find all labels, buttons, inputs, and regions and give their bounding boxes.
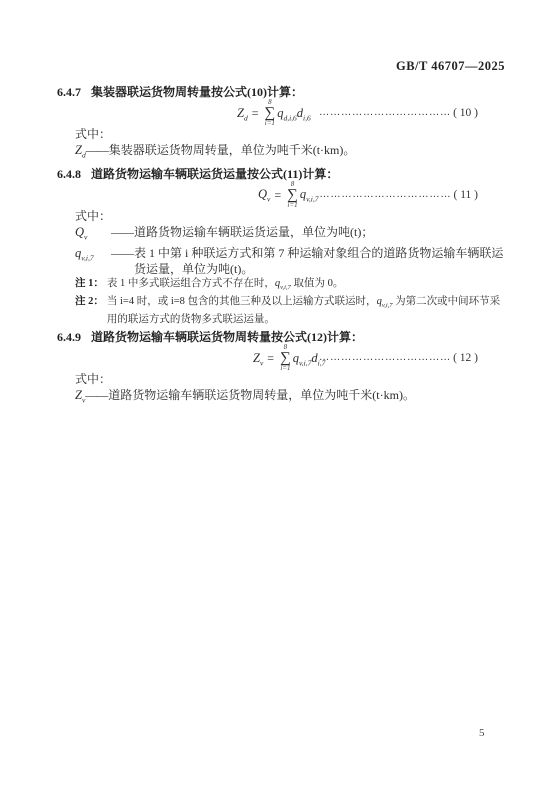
section-number: 6.4.9 [57, 329, 81, 345]
definition-text: 集装器联运货物周转量，单位为吨千米(t·km)。 [109, 142, 505, 158]
note-1: 注 1： 表 1 中多式联运组合方式不存在时，qv,i,7 取值为 0。 [75, 277, 505, 295]
formula-row-12: Zv = 8 ∑ i=1 qv,i,7 di,7 ………………………………( 1… [57, 346, 505, 370]
equation-number: ( 10 ) [453, 107, 478, 119]
summation-symbol: 8 ∑ i=1 [287, 180, 298, 208]
equation-reference: ………………………………( 11 ) [320, 187, 478, 203]
eq-term-1: qd,i,6 [277, 105, 297, 122]
definition-line: Zd —— 集装器联运货物周转量，单位为吨千米(t·km)。 [75, 142, 505, 164]
definition-line: Qv —— 道路货物运输车辆联运货运量，单位为吨(t)； [75, 224, 505, 246]
eq-lhs: Zv [253, 350, 263, 367]
equation-12: Zv = 8 ∑ i=1 qv,i,7 di,7 [253, 344, 325, 372]
definition-text: 道路货物运输车辆联运货运量，单位为吨(t)； [134, 224, 505, 240]
dotted-leader: ……………………………… [319, 352, 451, 363]
equals-sign: = [274, 187, 281, 203]
note-inline-symbol: qv,i,7 [377, 296, 393, 307]
definition-dash: —— [86, 142, 108, 158]
eq-lhs: Zd [237, 105, 248, 122]
page-number: 5 [479, 727, 485, 739]
definition-text: 道路货物运输车辆联运货物周转量，单位为吨千米(t·km)。 [108, 387, 505, 403]
definition-text: 表 1 中第 i 种联运方式和第 7 种运输对象组合的道路货物运输车辆联运货运量… [134, 245, 505, 277]
formula-row-11: Qv = 8 ∑ i=1 qv,i,7 ………………………………( 11 ) [57, 183, 505, 207]
dotted-leader: ……………………………… [320, 189, 452, 200]
definition-symbol: Zv [75, 387, 85, 409]
section-title: 道路货物运输车辆联运货物周转量按公式(12)计算： [91, 330, 363, 344]
definition-dash: —— [111, 245, 133, 261]
note-label: 注 2： [75, 295, 104, 309]
equation-11: Qv = 8 ∑ i=1 qv,i,7 [258, 180, 318, 208]
eq-term-1: qv,i,7 [293, 350, 312, 367]
section-number: 6.4.7 [57, 84, 81, 100]
eq-term-2: di,6 [297, 105, 311, 122]
note-text: 当 i=4 时，或 i=8 包含的其他三种及以上运输方式联运时，qv,i,7 为… [107, 295, 505, 327]
summation-symbol: 8 ∑ i=1 [264, 99, 275, 127]
standard-document-page: GB/T 46707—2025 6.4.7集装器联运货物周转量按公式(10)计算… [0, 0, 552, 789]
page-content: 6.4.7集装器联运货物周转量按公式(10)计算： Zd = 8 ∑ i=1 q… [57, 84, 505, 409]
definition-symbol: qv,i,7 [75, 245, 111, 267]
definition-symbol: Qv [75, 224, 111, 246]
equals-sign: = [252, 105, 259, 121]
definition-line: Zv —— 道路货物运输车辆联运货物周转量，单位为吨千米(t·km)。 [75, 387, 505, 409]
section-title: 道路货物运输车辆联运货运量按公式(11)计算： [91, 167, 338, 181]
summation-symbol: 8 ∑ i=1 [280, 344, 291, 372]
section-heading-647: 6.4.7集装器联运货物周转量按公式(10)计算： [57, 84, 505, 100]
note-label: 注 1： [75, 277, 104, 291]
equation-reference: ………………………………( 12 ) [319, 350, 478, 366]
equation-reference: ………………………………( 10 ) [319, 105, 478, 121]
definition-symbol: Zd [75, 142, 86, 164]
section-heading-648: 6.4.8道路货物运输车辆联运货运量按公式(11)计算： [57, 166, 505, 182]
note-2: 注 2： 当 i=4 时，或 i=8 包含的其他三种及以上运输方式联运时，qv,… [75, 295, 505, 327]
where-label: 式中： [75, 126, 505, 142]
section-number: 6.4.8 [57, 166, 81, 182]
eq-lhs: Qv [258, 186, 270, 203]
definition-line: qv,i,7 —— 表 1 中第 i 种联运方式和第 7 种运输对象组合的道路货… [75, 245, 505, 277]
formula-row-10: Zd = 8 ∑ i=1 qd,i,6 di,6 ………………………………( 1… [57, 101, 505, 125]
standard-code-header: GB/T 46707—2025 [396, 59, 505, 74]
definition-dash: —— [85, 387, 107, 403]
note-text: 表 1 中多式联运组合方式不存在时，qv,i,7 取值为 0。 [107, 277, 505, 295]
section-heading-649: 6.4.9道路货物运输车辆联运货物周转量按公式(12)计算： [57, 329, 505, 345]
equation-10: Zd = 8 ∑ i=1 qd,i,6 di,6 [237, 99, 311, 127]
dotted-leader: ……………………………… [319, 107, 451, 118]
where-label: 式中： [75, 371, 505, 387]
where-label: 式中： [75, 208, 505, 224]
note-inline-symbol: qv,i,7 [275, 278, 291, 289]
equation-number: ( 11 ) [454, 189, 478, 201]
equation-number: ( 12 ) [453, 352, 478, 364]
equals-sign: = [267, 350, 274, 366]
eq-term-1: qv,i,7 [300, 186, 319, 203]
definition-dash: —— [111, 224, 133, 240]
